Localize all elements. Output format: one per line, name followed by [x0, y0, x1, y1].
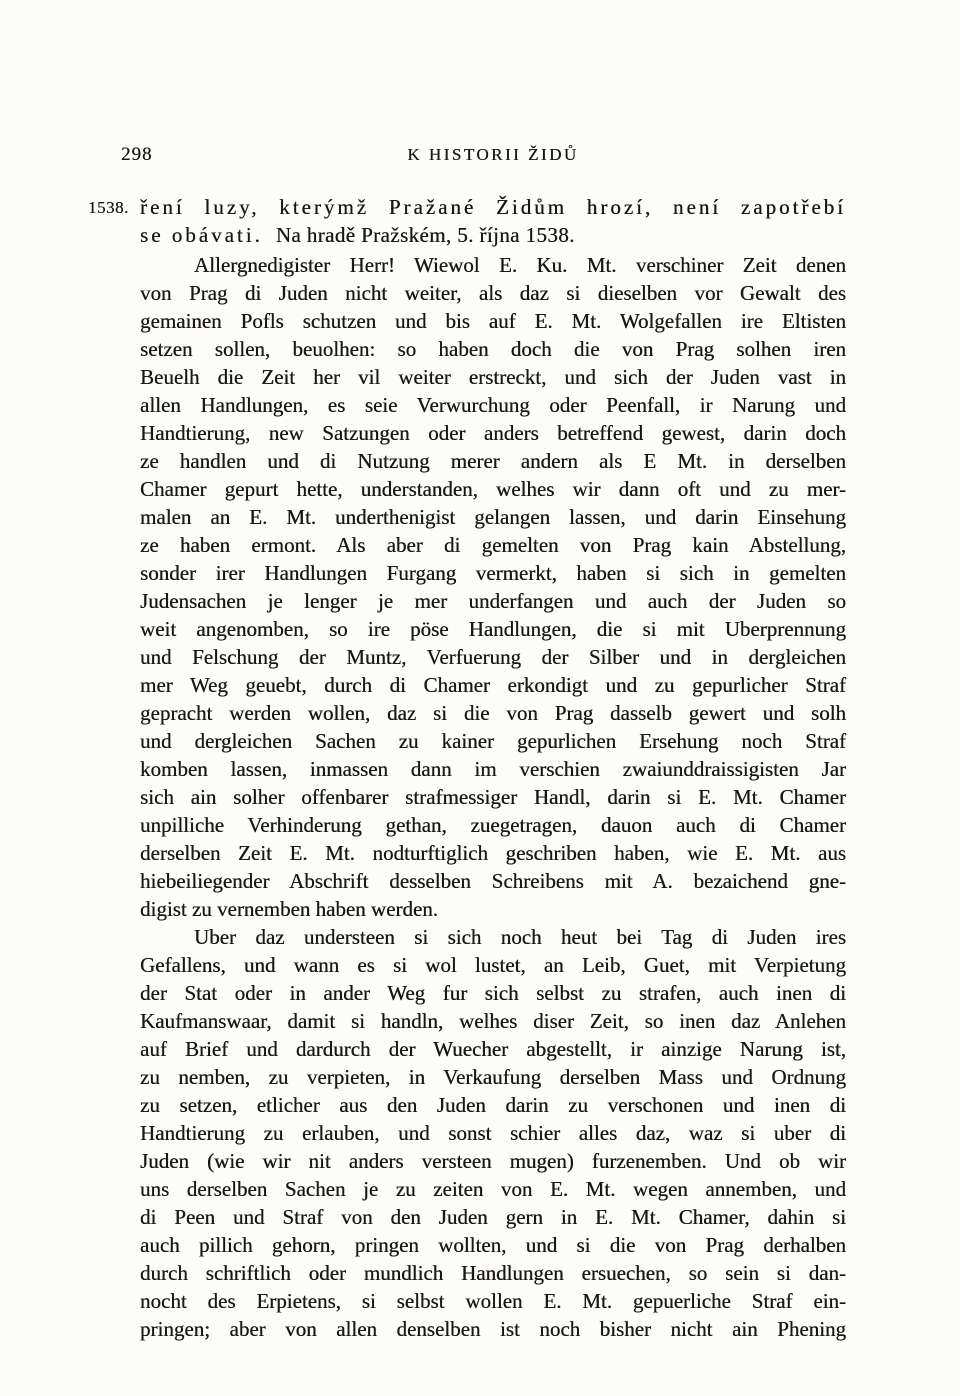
regest-line-1: ření luzy, kterýmž Pražané Židům hrozí, …: [140, 193, 846, 221]
body-line: malen an E. Mt. underthenigist gelangen …: [140, 503, 846, 531]
body-line: Kaufmanswaar, damit si handln, welhes di…: [140, 1007, 846, 1035]
body-line: und dergleichen Sachen zu kainer gepurli…: [140, 727, 846, 755]
body-line: mer Weg geuebt, durch di Chamer erkondig…: [140, 671, 846, 699]
body-line: Judensachen je lenger je mer underfangen…: [140, 587, 846, 615]
body-line: weit angenomben, so ire pöse Handlungen,…: [140, 615, 846, 643]
body-line: di Peen und Straf von den Juden gern in …: [140, 1203, 846, 1231]
body-line: setzen sollen, beuolhen: so haben doch d…: [140, 335, 846, 363]
body-line: Chamer gepurt hette, understanden, welhe…: [140, 475, 846, 503]
body-line: Beuelh die Zeit her vil weiter erstreckt…: [140, 363, 846, 391]
regest: ření luzy, kterýmž Pražané Židům hrozí, …: [140, 193, 846, 249]
body-line: Juden (wie wir nit anders versteen mugen…: [140, 1147, 846, 1175]
body-line: komben lassen, inmassen dann im verschie…: [140, 755, 846, 783]
body-line: Uber daz understeen si sich noch heut be…: [140, 923, 846, 951]
body-line: auch pillich gehorn, pringen wollten, un…: [140, 1231, 846, 1259]
running-title: K HISTORII ŽIDŮ: [140, 145, 846, 165]
regest-line-2: se obávati.Na hradě Pražském, 5. října 1…: [140, 221, 846, 249]
body-line: Allergnedigister Herr! Wiewol E. Ku. Mt.…: [140, 251, 846, 279]
body-line: von Prag di Juden nicht weiter, als daz …: [140, 279, 846, 307]
body-line: zu setzen, etlicher aus den Juden darin …: [140, 1091, 846, 1119]
body-line: gemainen Pofls schutzen und bis auf E. M…: [140, 307, 846, 335]
body-text: Allergnedigister Herr! Wiewol E. Ku. Mt.…: [140, 251, 846, 1343]
scanned-book-page: 298 K HISTORII ŽIDŮ 1538. ření luzy, kte…: [0, 0, 960, 1396]
body-line: nocht des Erpietens, si selbst wollen E.…: [140, 1287, 846, 1315]
body-line: allen Handlungen, es seie Verwurchung od…: [140, 391, 846, 419]
body-line: auf Brief und dardurch der Wuecher abges…: [140, 1035, 846, 1063]
regest-emphasis: se obávati.: [140, 223, 263, 247]
body-line: hiebeiliegender Abschrift desselben Schr…: [140, 867, 846, 895]
body-line: und Felschung der Muntz, Verfuerung der …: [140, 643, 846, 671]
body-line: pringen; aber von allen denselben ist no…: [140, 1315, 846, 1343]
body-line: unpilliche Verhinderung gethan, zuegetra…: [140, 811, 846, 839]
body-line: der Stat oder in ander Weg fur sich selb…: [140, 979, 846, 1007]
body-line: ze handlen und di Nutzung merer andern a…: [140, 447, 846, 475]
body-line: Handtierung zu erlauben, und sonst schie…: [140, 1119, 846, 1147]
body-line: sonder irer Handlungen Furgang vermerkt,…: [140, 559, 846, 587]
margin-year-note: 1538.: [88, 198, 129, 218]
body-line: Gefallens, und wann es si wol lustet, an…: [140, 951, 846, 979]
body-line: derselben Zeit E. Mt. nodturftiglich ges…: [140, 839, 846, 867]
body-line: uns derselben Sachen je zu zeiten von E.…: [140, 1175, 846, 1203]
body-line: ze haben ermont. Als aber di gemelten vo…: [140, 531, 846, 559]
body-line: Handtierung, new Satzungen oder anders b…: [140, 419, 846, 447]
body-line: digist zu vernemben haben werden.: [140, 895, 846, 923]
body-line: zu nemben, zu verpieten, in Verkaufung d…: [140, 1063, 846, 1091]
body-line: sich ain solher offenbarer strafmessiger…: [140, 783, 846, 811]
running-header: 298 K HISTORII ŽIDŮ: [0, 144, 960, 166]
text-block: ření luzy, kterýmž Pražané Židům hrozí, …: [140, 193, 846, 1343]
body-line: durch schriftlich oder mundlich Handlung…: [140, 1259, 846, 1287]
regest-dateline: Na hradě Pražském, 5. října 1538.: [276, 223, 575, 247]
body-line: gepracht werden wollen, daz si die von P…: [140, 699, 846, 727]
